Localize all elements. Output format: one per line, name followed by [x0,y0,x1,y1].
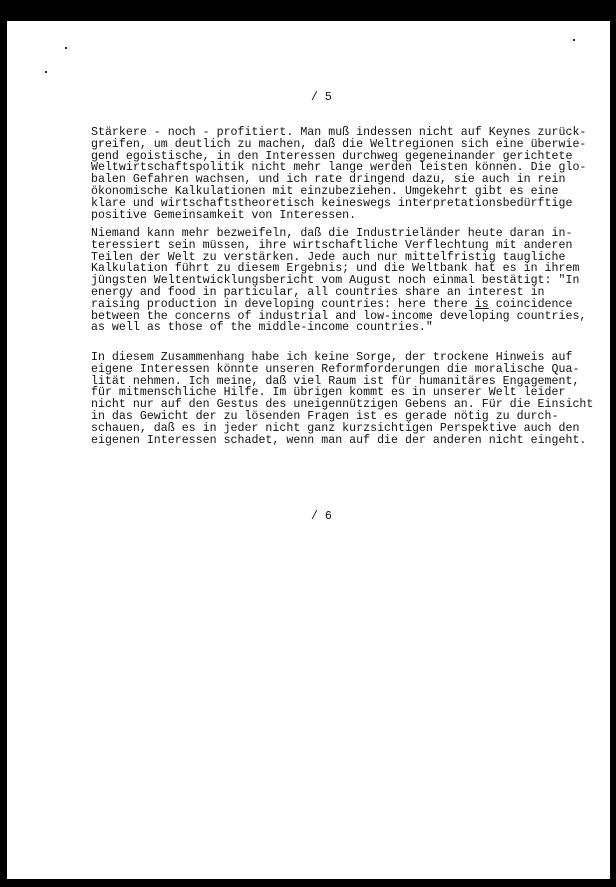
paragraph-1: Stärkere - noch - profitiert. Man muß in… [91,127,586,221]
page-marker-bottom: / 6 [311,510,332,523]
text-line: ökonomische Kalkulationen mit einzubezie… [91,186,586,198]
text-line: raising production in developing countri… [91,299,586,311]
scan-speck [45,71,47,73]
text-line: as well as those of the middle-income co… [91,322,586,334]
underlined-word: is [475,298,489,311]
text-line: in das Gewicht der zu lösenden Fragen is… [91,411,593,423]
text-line: teressiert sein müssen, ihre wirtschaftl… [91,240,586,252]
text-line: klare und wirtschaftstheoretisch keinesw… [91,198,586,210]
scan-speck [573,39,575,41]
document-page: / 5 Stärkere - noch - profitiert. Man mu… [7,21,610,879]
text-line: eigene Interessen könnte unseren Reformf… [91,364,593,376]
paragraph-2: Niemand kann mehr bezweifeln, daß die In… [91,228,586,334]
scan-speck [65,47,67,49]
text-line: greifen, um deutlich zu machen, daß die … [91,139,586,151]
text-line: schauen, daß es in jeder nicht ganz kurz… [91,423,593,435]
paragraph-3: In diesem Zusammenhang habe ich keine So… [91,352,593,446]
text-line: positive Gemeinsamkeit von Interessen. [91,210,586,222]
text-line: eigenen Interessen schadet, wenn man auf… [91,435,593,447]
text-line: energy and food in particular, all count… [91,287,586,299]
page-marker-top: / 5 [311,91,332,104]
